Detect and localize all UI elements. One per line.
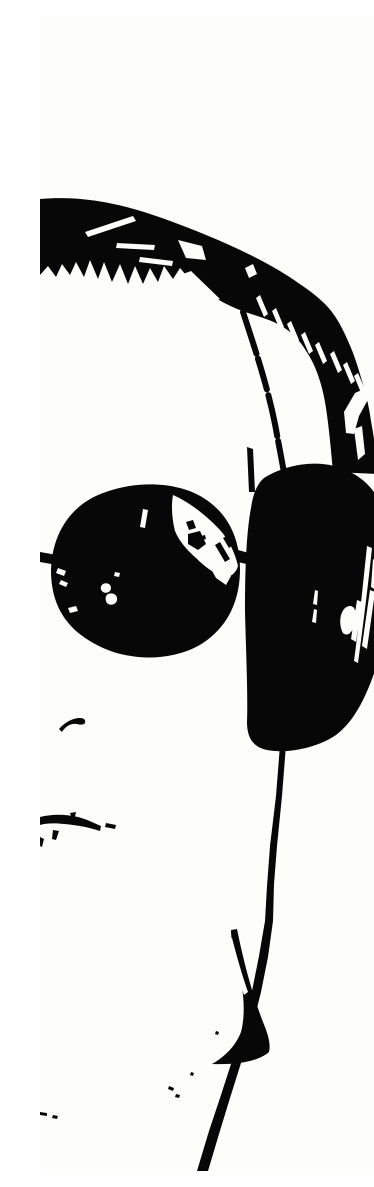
nose-crease [59, 718, 85, 732]
hair-edge-strip [247, 447, 255, 492]
ear-cup [245, 464, 374, 752]
mouth-line [40, 812, 116, 847]
stencil-portrait-svg [40, 16, 374, 1171]
portrait-figure [40, 16, 374, 1171]
hair-and-headband [40, 198, 374, 474]
skin-specks [40, 1031, 219, 1119]
